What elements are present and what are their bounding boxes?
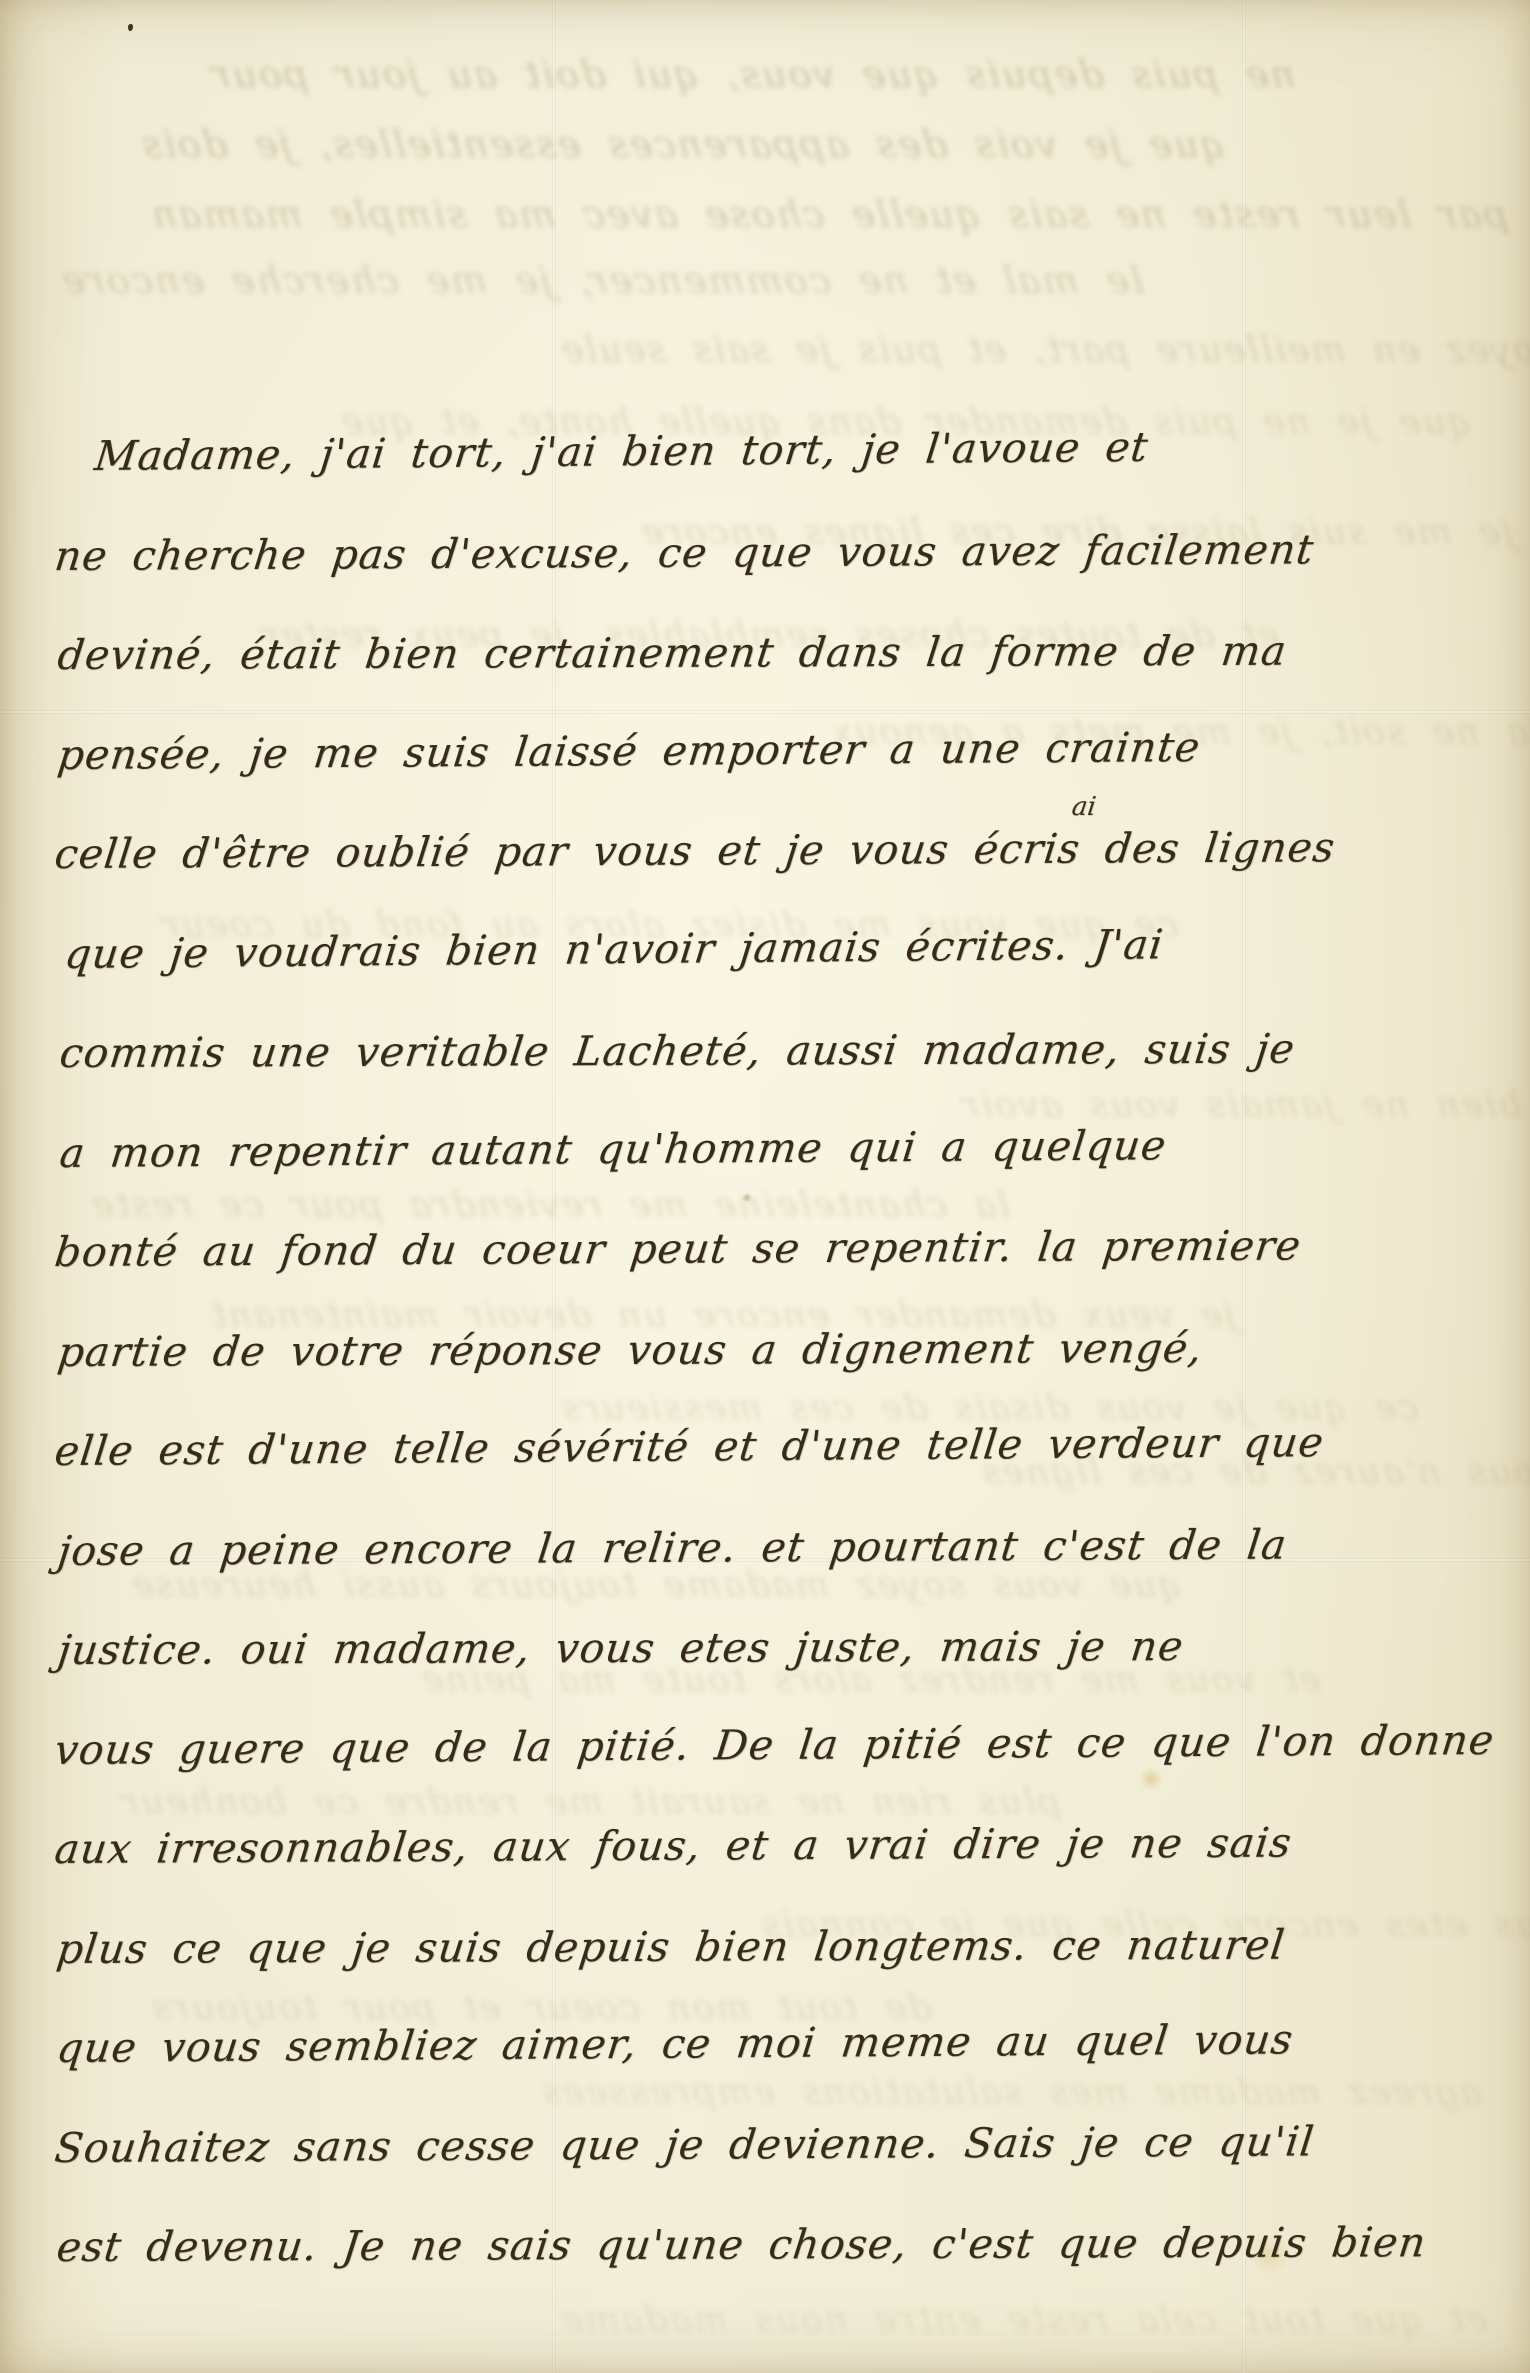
handwriting-line-8: a mon repentir autant qu'homme qui a que… [57,1121,1169,1177]
handwriting-line-17: que vous sembliez aimer, ce moi meme au … [54,2015,1296,2072]
handwriting-line-10: partie de votre réponse vous a dignement… [55,1324,1205,1376]
handwriting-line-13: justice. oui madame, vous etes juste, ma… [55,1622,1186,1674]
handwriting-line-14: vous guere que de la pitié. De la pitié … [52,1715,1497,1773]
handwriting-line-5: celle d'être oublié par vous et je vous … [52,823,1338,878]
bleedthrough-line-1: ne puis depuis que vous, qui doit au jou… [207,52,1297,96]
handwriting-line-9: bonté au fond du coeur peut se repentir.… [52,1221,1304,1276]
handwriting-line-18: Souhaitez sans cesse que je devienne. Sa… [52,2117,1317,2172]
handwriting-line-11: elle est d'une telle sévérité et d'une t… [52,1418,1326,1475]
interlinear-correction: ai [1070,792,1098,822]
bleedthrough-line-3: par leur reste ne sais quelle chose avec… [147,192,1510,236]
handwriting-line-16: plus ce que je suis depuis bien longtems… [54,1920,1287,1972]
handwriting-line-15: aux irresonnables, aux fous, et a vrai d… [52,1819,1294,1873]
handwriting-line-1: Madame, j'ai tort, j'ai bien tort, je l'… [92,423,1151,480]
handwriting-line-4: pensée, je me suis laissé emporter a une… [55,723,1203,779]
handwriting-line-3: deviné, était bien certainement dans la … [55,627,1289,679]
bleedthrough-line-21: agreez madame mes salutations empressees [537,2072,1483,2113]
bleedthrough-line-11: je voudrais bien ne jamais vous avoir [957,1085,1530,1126]
ink-speck [128,24,133,31]
letter-page: ne puis depuis que vous, qui doit au jou… [0,0,1530,2373]
handwriting-line-7: commis une veritable Lacheté, aussi mada… [57,1025,1298,1077]
bleedthrough-line-4: le mal et ne commencer, je me cherche en… [57,258,1145,302]
handwriting-line-19: est devenu. Je ne sais qu'une chose, c'e… [54,2218,1429,2271]
handwriting-line-12: jose a peine encore la relire. et pourta… [55,1520,1289,1574]
paper-stain [1138,1768,1164,1790]
handwriting-line-2: ne cherche pas d'excuse, ce que vous ave… [52,525,1317,580]
bleedthrough-line-22: et que tout cela reste entre nous madame [557,2300,1490,2341]
handwriting-line-6: que je voudrais bien n'avoir jamais écri… [62,920,1166,978]
bleedthrough-line-2: que je vois des apparences essentielles,… [137,122,1227,166]
bleedthrough-line-12: la chanteleine me reviendra pour ce rest… [87,1185,1012,1226]
bleedthrough-line-18: plus rien ne saurait me rendre ce bonheu… [117,1782,1063,1823]
bleedthrough-line-5: que vous ne soyez en meilleure part, et … [557,330,1530,371]
